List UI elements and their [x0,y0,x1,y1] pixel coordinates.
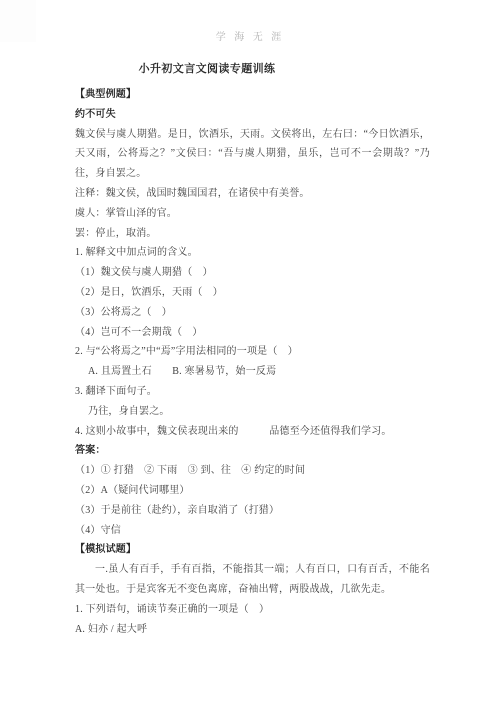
note-line: 罢：停止，取消。 [75,224,430,244]
mock-passage-line: 一.虽人有百手，手有百指，不能指其一端；人有百口，口有百舌，不能名 [75,560,430,580]
document-title: 小升初文言文阅读专题训练 [0,62,457,77]
mock-question-1: 1. 下列语句，诵读节奏正确的一项是（ ） [75,600,430,620]
section-header-mock: 【模拟试题】 [75,540,430,560]
answer-line: （1）① 打猎 ② 下雨 ③ 到、往 ④ 约定的时间 [75,461,430,481]
question-1-item: （3）公将焉之（ ） [75,303,430,323]
question-3-sentence: 乃往，身自罢之。 [75,402,430,422]
question-4: 4. 这则小故事中，魏文侯表现出来的 品德至今还值得我们学习。 [75,422,430,442]
passage-line: 往，身自罢之。 [75,164,430,184]
section-header-typical: 【典型例题】 [75,85,430,105]
question-2: 2. 与“公将焉之”中“焉”字用法相同的一项是（ ） [75,342,430,362]
passage-line: 魏文侯与虞人期猎。是日，饮酒乐，天雨。文侯将出，左右曰：“今日饮酒乐， [75,125,430,145]
answer-line: （2）A（疑问代词哪里） [75,481,430,501]
answer-line: （3）于是前往（赴约），亲自取消了（打猎） [75,501,430,521]
answers-label: 答案： [75,441,430,461]
document-body: 【典型例题】 约不可失 魏文侯与虞人期猎。是日，饮酒乐，天雨。文侯将出，左右曰：… [0,85,500,639]
question-1: 1. 解释文中加点词的含义。 [75,243,430,263]
note-line: 虞人：掌管山泽的官。 [75,204,430,224]
document-page: 学 海 无 涯 小升初文言文阅读专题训练 【典型例题】 约不可失 魏文侯与虞人期… [0,0,500,707]
note-line: 注释：魏文侯，战国时魏国国君，在诸侯中有美誉。 [75,184,430,204]
question-1-item: （1）魏文侯与虞人期猎（ ） [75,263,430,283]
passage-line: 天又雨，公将焉之？”文侯曰：“吾与虞人期猎，虽乐，岂可不一会期哉？”乃 [75,144,430,164]
question-3: 3. 翻译下面句子。 [75,382,430,402]
mock-option-a: A. 妇亦 / 起大呼 [75,620,430,640]
passage-title: 约不可失 [75,105,430,125]
mock-passage-line: 其一处也。于是宾客无不变色离席，奋袖出臂，两股战战，几欲先走。 [75,580,430,600]
question-1-item: （4）岂可不一会期哉（ ） [75,323,430,343]
question-1-item: （2）是日，饮酒乐，天雨（ ） [75,283,430,303]
scan-artifact [0,0,36,42]
question-2-options: A. 且焉置土石 B. 寒暑易节，始一反焉 [75,362,430,382]
answer-line: （4）守信 [75,521,430,541]
page-header-watermark: 学 海 无 涯 [0,31,500,45]
